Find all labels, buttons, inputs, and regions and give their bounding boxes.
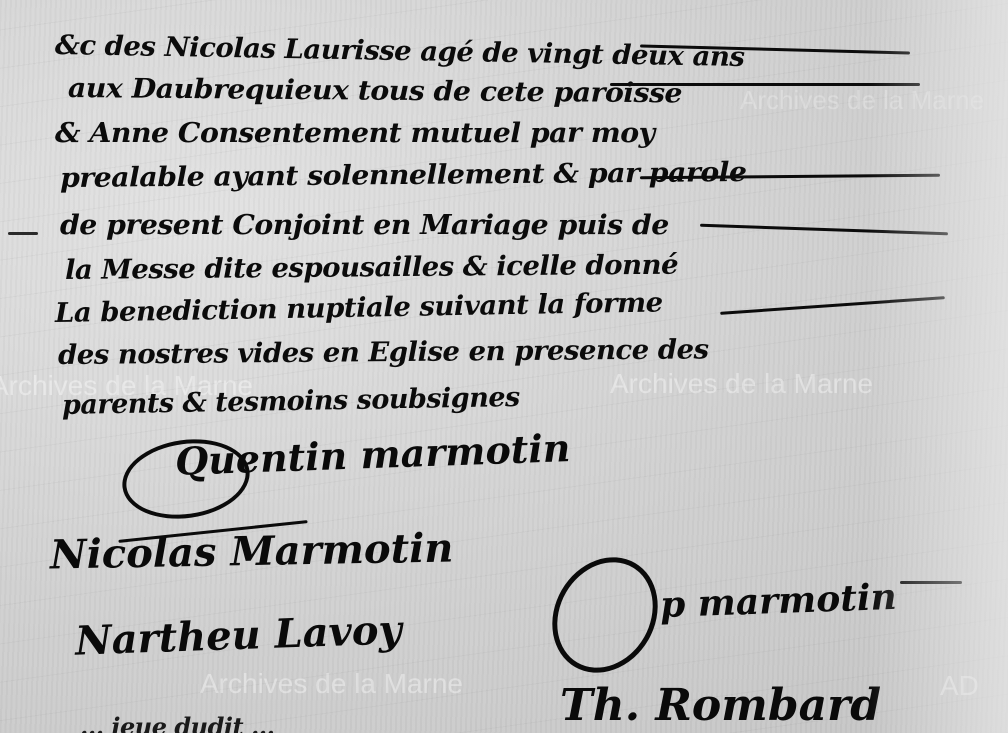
manuscript-page: Archives de la Marne Archives de la Marn… [0, 0, 1008, 733]
manuscript-line-5: de present Conjoint en Mariage puis de [60, 210, 669, 241]
signature-nicolas-marmotin: Nicolas Marmotin [50, 524, 454, 578]
manuscript-line-9: parents & tesmoins soubsignes [62, 382, 520, 421]
signature-quentin-marmotin: Quentin marmotin [174, 425, 571, 484]
manuscript-line-6: la Messe dite espousailles & icelle donn… [65, 250, 678, 286]
margin-mark [8, 232, 38, 235]
manuscript-line-3: & Anne Consentement mutuel par moy [55, 118, 655, 149]
manuscript-partial-line: ... ieue dudit ... [80, 712, 275, 733]
signature-nartheu-lavoy: Nartheu Lavoy [74, 606, 402, 664]
watermark: Archives de la Marne [610, 368, 873, 400]
manuscript-line-1: &c des Nicolas Laurisse agé de vingt deu… [55, 30, 745, 73]
watermark: Archives de la Marne [200, 668, 463, 700]
manuscript-line-8: des nostres vides en Eglise en presence … [58, 334, 709, 371]
signature-rombard: Th. Rombard [560, 680, 881, 731]
manuscript-line-7: La benediction nuptiale suivant la forme [55, 287, 663, 329]
signature-paraph [532, 538, 679, 692]
page-edge-fade [868, 0, 1008, 733]
manuscript-line-2: aux Daubrequieux tous de cete paroisse [68, 73, 682, 109]
signature-p-marmotin: p marmotin [659, 576, 897, 626]
